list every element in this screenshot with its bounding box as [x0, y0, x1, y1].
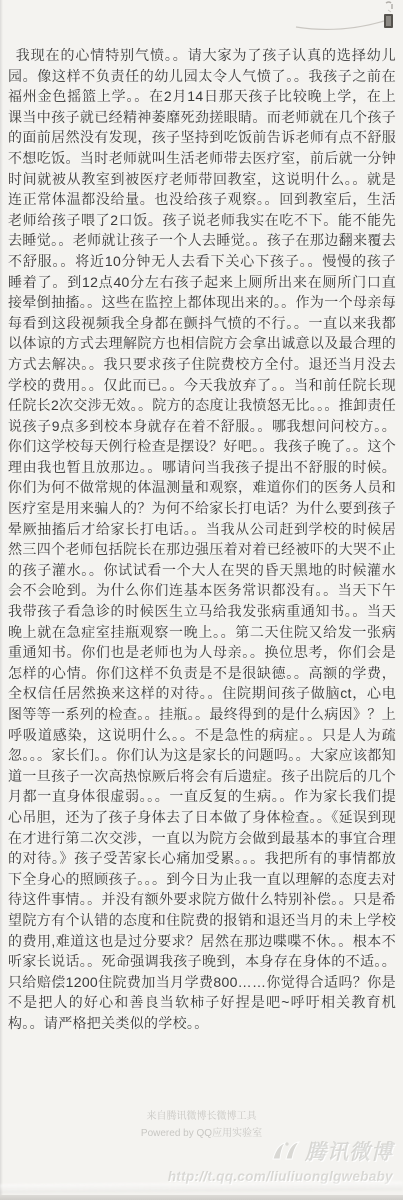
long-weibo-post-image: 我现在的心情特别气愤。。请大家为了孩子认真的选择幼儿园。像这样不负责任的幼儿园太…	[0, 0, 403, 1200]
post-body: 我现在的心情特别气愤。。请大家为了孩子认真的选择幼儿园。像这样不负责任的幼儿园太…	[8, 45, 396, 1034]
watermark-brand-text: 腾讯微博	[305, 1136, 393, 1166]
bottom-wave-shadow	[0, 1182, 403, 1194]
watermark: 腾讯微博 http://t.qq.com/liuliuonglgwebaby	[168, 1136, 393, 1184]
pushpin-icon	[0, 0, 403, 40]
bottom-edge-strip	[0, 1195, 403, 1200]
footer-source-line: 来自腾讯微博长微博工具	[0, 1108, 403, 1125]
tencent-weibo-logo-icon	[271, 1139, 301, 1163]
